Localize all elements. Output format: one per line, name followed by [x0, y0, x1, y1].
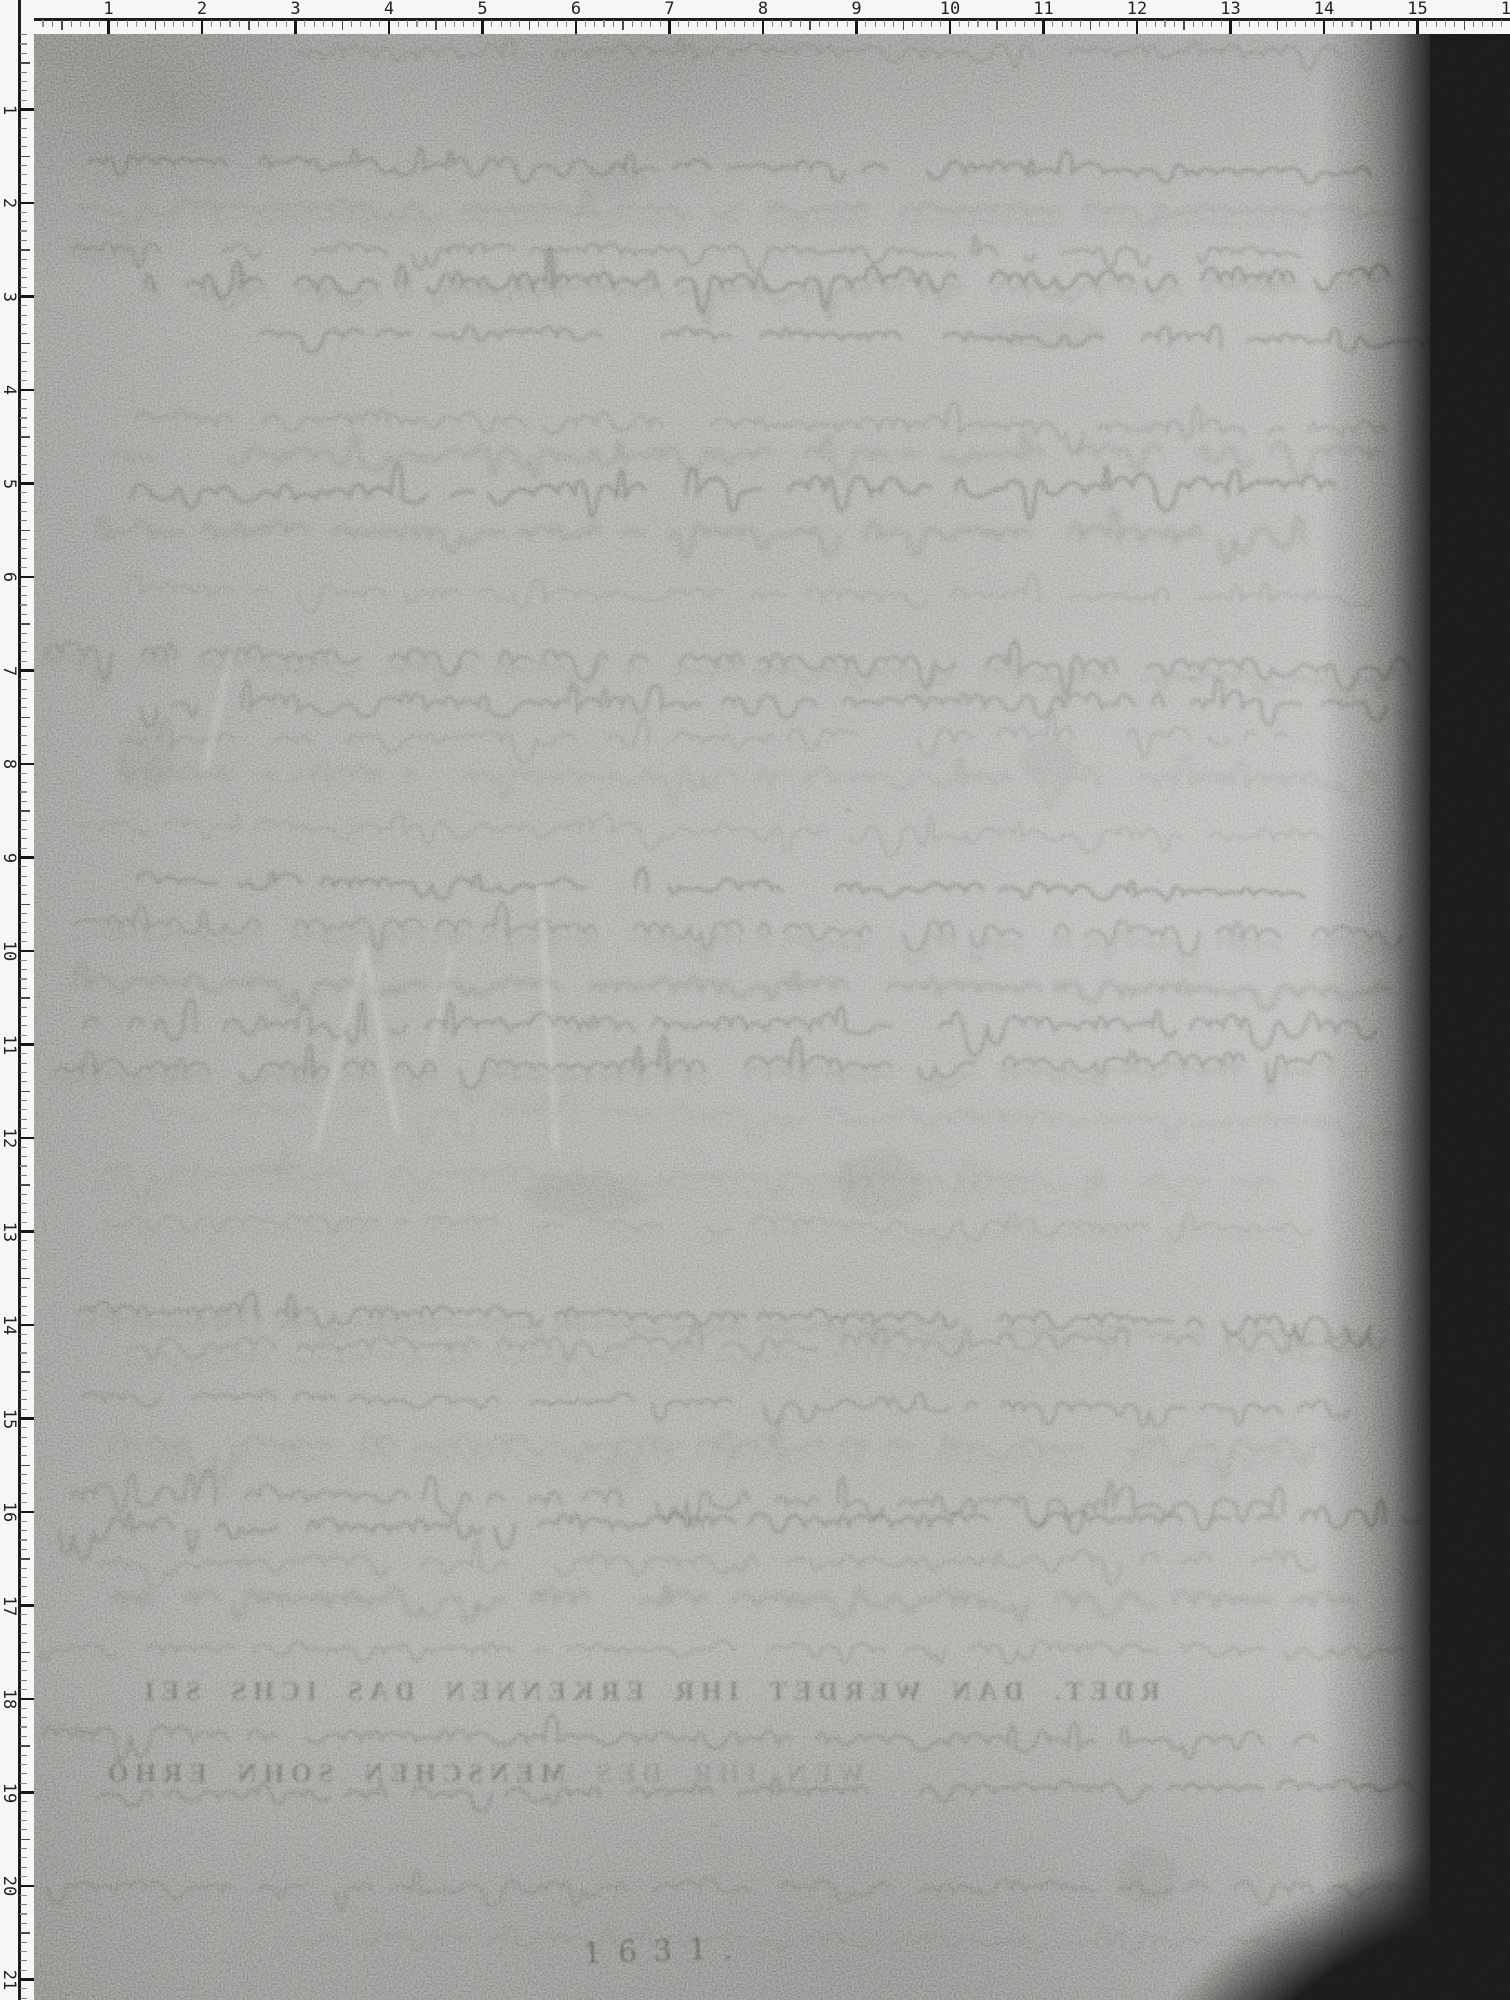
ruler-tick	[20, 1025, 27, 1026]
ruler-tick	[20, 72, 27, 73]
ruler-tick	[20, 128, 27, 129]
ruler-tick	[445, 20, 446, 27]
ruler-tick	[1492, 20, 1493, 27]
ink-fleck	[289, 340, 293, 344]
ink-fleck	[1079, 1811, 1082, 1814]
ruler-tick	[20, 1109, 27, 1110]
ruler-tick	[20, 1829, 27, 1830]
ruler-tick	[20, 539, 27, 540]
ruler-tick	[20, 1250, 27, 1251]
ruler-tick	[1323, 20, 1325, 34]
ruler-tick	[20, 558, 27, 559]
ruler-tick	[20, 1539, 27, 1540]
ink-fleck	[1197, 1769, 1199, 1771]
ruler-tick	[20, 1764, 27, 1765]
ruler-tick	[239, 20, 240, 27]
ruler-tick	[1398, 20, 1399, 27]
ruler-tick	[164, 20, 165, 27]
ruler-tick	[20, 707, 27, 708]
ink-fleck	[933, 1051, 936, 1054]
ruler-tick	[20, 100, 27, 101]
ruler-left-label: 5	[0, 473, 18, 495]
ruler-tick	[294, 20, 296, 34]
ruler-tick	[20, 1885, 34, 1887]
ruler-tick	[20, 1091, 30, 1093]
ruler-tick	[1174, 20, 1175, 27]
ruler-top-label: 13	[1218, 0, 1244, 18]
ruler-top-label: 15	[1405, 0, 1431, 18]
handwriting-stroke	[111, 1419, 1324, 1482]
ruler-tick	[20, 960, 27, 961]
ruler-tick	[1416, 20, 1418, 34]
ruler-tick	[20, 1194, 27, 1195]
ink-fleck	[664, 1652, 666, 1654]
ruler-tick	[20, 848, 27, 849]
ruler-tick	[1342, 20, 1343, 27]
ruler-tick	[1295, 20, 1296, 27]
ruler-tick	[20, 876, 27, 877]
ruler-tick	[1258, 20, 1259, 27]
ruler-tick	[20, 118, 27, 119]
ruler-tick	[519, 20, 520, 27]
ruler-tick	[585, 20, 586, 27]
ruler-tick	[1473, 20, 1474, 27]
handwriting-stroke	[79, 1292, 1370, 1345]
ruler-tick	[20, 1119, 27, 1120]
smudge	[1118, 1847, 1178, 1907]
ruler-tick	[20, 1287, 27, 1288]
ruler-tick	[20, 53, 27, 54]
ruler-tick	[1090, 20, 1092, 30]
ruler-tick	[510, 20, 511, 27]
ruler-tick	[678, 20, 679, 27]
ruler-tick	[20, 885, 27, 886]
ruler-tick	[20, 1736, 27, 1737]
smudge	[65, 230, 157, 268]
ruler-tick	[716, 20, 718, 30]
ink-fleck	[914, 200, 916, 202]
date-numerals: 1631.	[582, 1931, 749, 1972]
ruler-left-label: 7	[0, 660, 18, 682]
ruler-top-label: 14	[1311, 0, 1337, 18]
ruler-tick	[1445, 20, 1446, 27]
ruler-tick	[20, 1128, 27, 1129]
ruler-tick	[370, 20, 371, 27]
ruler-tick	[20, 1417, 34, 1419]
ink-fleck	[381, 1160, 386, 1165]
ruler-tick	[996, 20, 998, 30]
ruler-tick	[1164, 20, 1165, 27]
ruler-tick	[20, 1502, 27, 1503]
ruler-tick	[632, 20, 633, 27]
ruler-tick	[136, 20, 137, 27]
handwriting-stroke	[100, 1223, 1306, 1251]
ink-fleck	[1283, 1108, 1285, 1110]
ink-fleck	[446, 1343, 451, 1348]
handwriting-stroke	[84, 1000, 1376, 1056]
ruler-tick	[1034, 20, 1035, 27]
ruler-tick	[1006, 20, 1007, 27]
ruler-tick	[20, 1007, 27, 1008]
ruler-tick	[20, 249, 30, 251]
ruler-tick	[20, 446, 27, 447]
ruler-tick	[613, 20, 614, 27]
ruler-tick	[20, 1212, 27, 1213]
ruler-tick	[20, 1577, 27, 1578]
ruler-tick	[20, 371, 27, 372]
handwriting-stroke	[131, 464, 1336, 519]
handwriting-stroke	[127, 574, 1397, 612]
ink-fleck	[362, 1845, 367, 1850]
ruler-tick	[20, 820, 27, 821]
ink-fleck	[1242, 1963, 1247, 1968]
ruler-tick	[20, 988, 27, 989]
ruler-left-label: 13	[0, 1221, 18, 1243]
ink-fleck	[1191, 676, 1196, 681]
handwriting-stroke	[114, 1586, 1357, 1623]
ruler-tick	[1080, 20, 1081, 27]
ruler-tick	[20, 352, 27, 353]
ruler-tick	[968, 20, 969, 27]
ruler-tick	[398, 20, 399, 27]
ruler-tick	[1370, 20, 1372, 30]
ruler-tick	[650, 20, 651, 27]
ruler-tick	[20, 520, 27, 521]
ruler-tick	[20, 146, 27, 147]
ruler-top-label: 10	[937, 0, 963, 18]
ruler-tick	[1099, 20, 1100, 27]
ruler-tick	[20, 417, 27, 418]
ruler-tick	[20, 1773, 27, 1774]
ruler-tick	[1333, 20, 1334, 27]
ruler-tick	[267, 20, 268, 27]
ruler-tick	[20, 1988, 27, 1989]
ruler-tick	[697, 20, 698, 27]
ruler-left-label: 9	[0, 847, 18, 869]
ruler-tick	[20, 34, 27, 35]
show-through-caps-faint: WEN IHR DES	[566, 1758, 865, 1788]
ruler-tick	[940, 20, 941, 27]
ruler-tick	[20, 997, 30, 999]
ruler-top-label: 7	[657, 0, 683, 18]
ruler-tick	[20, 1399, 27, 1400]
ruler-tick	[20, 502, 27, 503]
ruler-tick	[71, 20, 72, 27]
show-through-caps-dark: MENSCHEN SOHN ERHÖ	[101, 1758, 566, 1788]
ruler-tick	[20, 1521, 27, 1522]
ruler-tick	[660, 20, 661, 27]
smudge	[578, 162, 646, 200]
ruler-tick	[52, 20, 53, 27]
ruler-tick	[20, 829, 27, 830]
handwriting-stroke	[82, 813, 1322, 857]
ink-fleck	[1013, 637, 1019, 643]
ruler-tick	[753, 20, 754, 27]
ruler-tick	[20, 978, 27, 979]
ruler-tick	[173, 20, 174, 27]
handwriting-stroke	[74, 236, 1299, 271]
ruler-tick	[837, 20, 838, 27]
ruler-tick	[20, 763, 34, 765]
ruler-tick	[20, 1848, 27, 1849]
ruler-tick	[155, 20, 157, 30]
ruler-tick	[1464, 20, 1466, 30]
ruler-tick	[641, 20, 642, 27]
ruler-tick	[20, 1726, 27, 1727]
ruler-tick	[706, 20, 707, 27]
ruler-tick	[258, 20, 259, 27]
manuscript-scan: RDET. DAN WERDET IHR ERKENNEN DAS ICHS S…	[0, 0, 1510, 2000]
ruler-tick	[20, 1689, 27, 1690]
ink-fleck	[1155, 878, 1160, 883]
ruler-tick	[20, 1568, 27, 1569]
ink-fleck	[1172, 993, 1174, 995]
ruler-tick	[594, 20, 595, 27]
ruler-tick	[977, 20, 978, 27]
ruler-tick	[454, 20, 455, 27]
ruler-tick	[20, 1895, 27, 1896]
ink-fleck	[711, 1823, 716, 1828]
ruler-tick	[20, 474, 27, 475]
ruler-tick	[20, 202, 34, 204]
ruler-tick	[20, 689, 27, 690]
ruler-tick	[20, 1362, 27, 1363]
ruler-left-label: 20	[0, 1875, 18, 1897]
ink-fleck	[1168, 196, 1173, 201]
smudge	[982, 314, 1106, 352]
ruler-tick	[20, 1165, 27, 1166]
ruler-tick	[772, 20, 773, 27]
ruler-tick	[183, 20, 184, 27]
ruler-left-label: 15	[0, 1408, 18, 1430]
ruler-left-label: 12	[0, 1127, 18, 1149]
ruler-tick	[20, 1334, 27, 1335]
ruler-tick	[20, 221, 27, 222]
ruler-tick	[229, 20, 230, 27]
ruler-tick	[1155, 20, 1156, 27]
ruler-tick	[20, 268, 27, 269]
ruler-tick	[20, 717, 30, 719]
ruler-tick	[1146, 20, 1147, 27]
ruler-tick	[781, 20, 782, 27]
ruler-left-label: 4	[0, 379, 18, 401]
ruler-tick	[20, 295, 34, 297]
ruler-tick	[20, 595, 27, 596]
ruler-tick	[20, 108, 34, 110]
ink-fleck	[517, 1065, 519, 1067]
ruler-tick	[342, 20, 344, 30]
ruler-tick	[893, 20, 894, 27]
ruler-tick	[20, 1268, 27, 1269]
ruler-tick	[20, 969, 27, 970]
ruler-tick	[20, 1278, 30, 1280]
ink-fleck	[613, 1896, 618, 1901]
paper-crease	[315, 945, 398, 1150]
ruler-tick	[20, 380, 27, 381]
ruler-tick	[20, 1175, 27, 1176]
ruler-tick	[248, 20, 250, 30]
ruler-left-label: 14	[0, 1314, 18, 1336]
smudge	[118, 716, 178, 792]
ruler-tick	[20, 343, 30, 345]
ruler-tick	[20, 904, 30, 906]
ruler-top-label: 2	[189, 0, 215, 18]
ruler-tick	[1108, 20, 1109, 27]
ruler-left-label: 6	[0, 566, 18, 588]
ruler-tick	[20, 567, 27, 568]
ruler-tick	[20, 165, 27, 166]
ruler-tick	[20, 1670, 27, 1671]
ruler-tick	[80, 20, 81, 27]
ruler-tick	[89, 20, 90, 27]
ink-fleck	[258, 1165, 262, 1169]
ruler-tick	[332, 20, 333, 27]
handwriting-stroke	[48, 1871, 1418, 1911]
ruler-left-label: 19	[0, 1782, 18, 1804]
ruler-tick	[20, 184, 27, 185]
ruler-tick	[828, 20, 829, 27]
handwriting-stroke	[120, 709, 1313, 763]
ruler-tick	[20, 1483, 27, 1484]
ruler-tick	[20, 1184, 30, 1186]
ruler-tick	[20, 1614, 27, 1615]
ruler-tick	[20, 922, 27, 923]
ruler-tick	[688, 20, 689, 27]
ruler-tick	[1361, 20, 1362, 27]
ruler-tick	[603, 20, 604, 27]
ruler-tick	[1351, 20, 1352, 27]
ruler-tick	[20, 1315, 27, 1316]
smudge	[1020, 740, 1080, 784]
ruler-tick	[1380, 20, 1381, 27]
ruler-tick	[20, 156, 30, 158]
ruler-tick	[20, 1876, 27, 1877]
ruler-tick	[1015, 20, 1016, 27]
ruler-top-label: 1	[96, 0, 122, 18]
ruler-tick	[20, 482, 34, 484]
ruler-tick	[20, 1306, 27, 1307]
ruler-tick	[762, 20, 764, 34]
ruler-top-label: 8	[750, 0, 776, 18]
ruler-tick	[865, 20, 866, 27]
ruler-tick	[855, 20, 857, 34]
ruler-tick	[1305, 20, 1306, 27]
handwriting-stroke	[40, 1641, 1404, 1664]
ruler-tick	[20, 773, 27, 774]
ruler-tick	[20, 1708, 27, 1709]
ruler-tick	[20, 1755, 27, 1756]
ruler-tick	[127, 20, 128, 27]
ruler-tick	[20, 408, 27, 409]
ink-fleck	[53, 1304, 56, 1307]
ruler-tick	[20, 669, 34, 671]
ruler-tick	[575, 20, 577, 34]
ruler-tick	[20, 1081, 27, 1082]
ruler-tick	[314, 20, 315, 27]
ink-fleck	[845, 808, 850, 813]
ruler-top-label: 12	[1124, 0, 1150, 18]
ruler-tick	[20, 735, 27, 736]
ruler-tick	[1249, 20, 1250, 27]
ruler-tick	[20, 1156, 27, 1157]
ruler-tick	[987, 20, 988, 27]
ruler-tick	[20, 305, 27, 306]
ink-fleck	[410, 1634, 414, 1638]
ruler-tick	[809, 20, 811, 30]
ruler-tick	[20, 1343, 27, 1344]
ruler-top-label: 4	[376, 0, 402, 18]
ruler-tick	[800, 20, 801, 27]
ruler-tick	[20, 1240, 27, 1241]
ruler-tick	[20, 1035, 27, 1036]
ink-fleck	[876, 1758, 878, 1760]
ink-fleck	[305, 1881, 310, 1886]
ruler-left-label: 3	[0, 286, 18, 308]
ruler-tick	[20, 679, 27, 680]
ink-fleck	[327, 1164, 329, 1166]
ruler-tick	[20, 1661, 27, 1662]
ink-fleck	[1183, 159, 1185, 161]
ruler-tick	[99, 20, 100, 27]
ruler-tick	[1136, 20, 1138, 34]
ruler-tick	[286, 20, 287, 27]
ruler-tick	[20, 1063, 27, 1064]
ruler-tick	[351, 20, 352, 27]
ruler-tick	[20, 1437, 27, 1438]
ruler-tick	[1426, 20, 1427, 27]
ruler-tick	[20, 1427, 27, 1428]
handwriting-stroke	[55, 1036, 1332, 1088]
ruler-left-label: 10	[0, 940, 18, 962]
ruler-tick	[622, 20, 624, 30]
ruler-tick	[20, 801, 27, 802]
handwriting-stroke	[141, 678, 1403, 726]
ruler-tick	[20, 782, 27, 783]
ruler-tick	[20, 1586, 27, 1587]
ruler-tick	[20, 1801, 27, 1802]
ruler-tick	[668, 20, 670, 34]
ruler-top-label: 6	[563, 0, 589, 18]
ruler-tick	[1454, 20, 1455, 27]
ink-fleck	[100, 1206, 103, 1209]
ruler-tick	[20, 950, 34, 952]
ruler-tick	[1183, 20, 1185, 30]
ruler-left-label: 21	[0, 1969, 18, 1991]
ruler-tick	[20, 651, 27, 652]
ink-fleck	[248, 167, 252, 171]
ruler-tick	[20, 1624, 27, 1625]
ruler-tick	[117, 20, 118, 27]
ruler-tick	[416, 20, 417, 27]
ruler-tick	[20, 81, 27, 82]
ruler-tick	[20, 1978, 34, 1980]
handwriting-stroke	[74, 962, 1421, 1010]
ruler-tick	[1239, 20, 1240, 27]
ink-fleck	[154, 1437, 159, 1442]
handwriting-stroke	[42, 1715, 1317, 1760]
ruler-tick	[379, 20, 380, 27]
ruler-tick	[790, 20, 791, 27]
ruler-tick	[20, 1324, 34, 1326]
ruler-tick	[20, 530, 30, 532]
ruler-tick	[20, 43, 27, 44]
ruler-tick	[20, 1137, 34, 1139]
ruler-tick	[20, 1867, 27, 1868]
ruler-top-label: 16	[1498, 0, 1510, 18]
ruler-tick	[20, 1652, 30, 1654]
smudge	[597, 1452, 643, 1494]
ruler-tick	[20, 932, 27, 933]
